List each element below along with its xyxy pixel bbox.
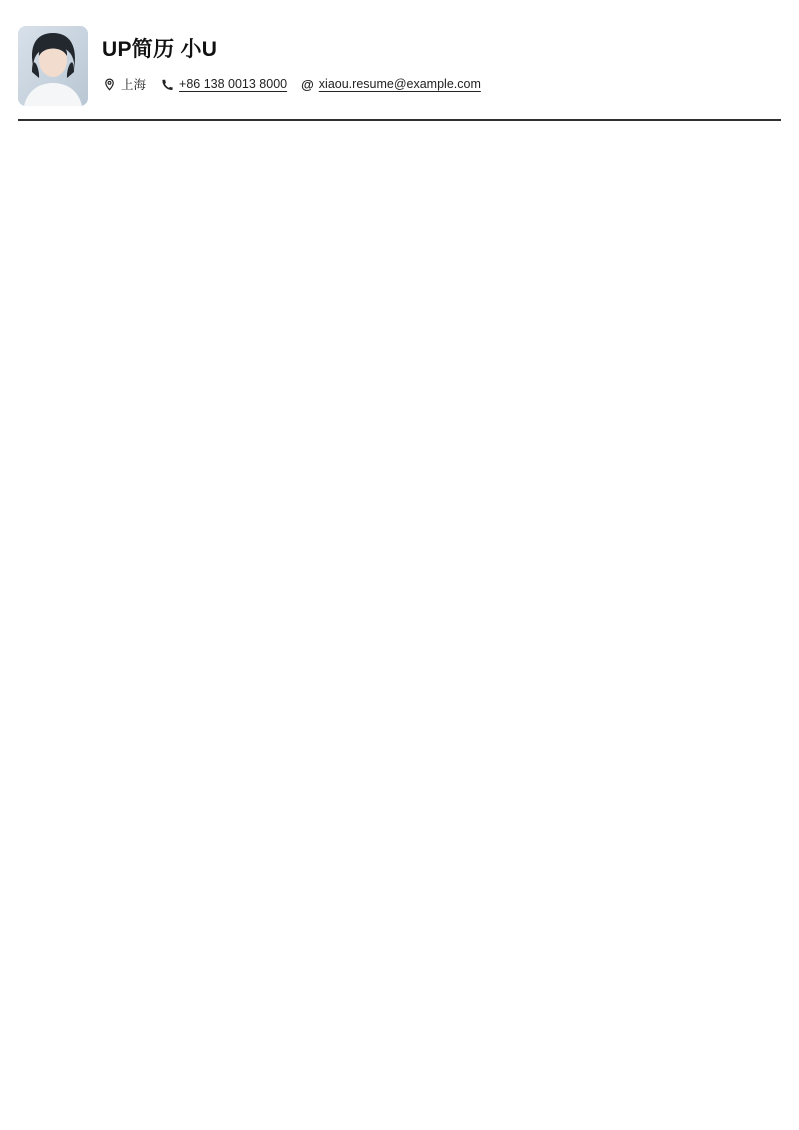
- profile-photo: [18, 26, 88, 106]
- email-link[interactable]: xiaou.resume@example.com: [319, 77, 481, 91]
- location-pin-icon: [102, 77, 116, 91]
- header-divider: [18, 119, 781, 121]
- location-group: 上海: [102, 75, 146, 93]
- resume-header: UP简历 小U 上海 +86 138 0013 8000 @ xiaou.r: [18, 0, 781, 106]
- resume-page: UP简历 小U 上海 +86 138 0013 8000 @ xiaou.r: [0, 0, 799, 121]
- location-text: 上海: [121, 75, 146, 93]
- phone-link[interactable]: +86 138 0013 8000: [179, 77, 287, 91]
- phone-group: +86 138 0013 8000: [160, 77, 287, 91]
- header-info: UP简历 小U 上海 +86 138 0013 8000 @ xiaou.r: [102, 26, 495, 93]
- portrait-photo-placeholder: [18, 26, 88, 106]
- phone-icon: [160, 77, 174, 91]
- at-icon: @: [301, 77, 314, 92]
- candidate-name: UP简历 小U: [102, 33, 495, 63]
- email-group: @ xiaou.resume@example.com: [301, 77, 481, 92]
- contact-row: 上海 +86 138 0013 8000 @ xiaou.resume@exam…: [102, 75, 495, 93]
